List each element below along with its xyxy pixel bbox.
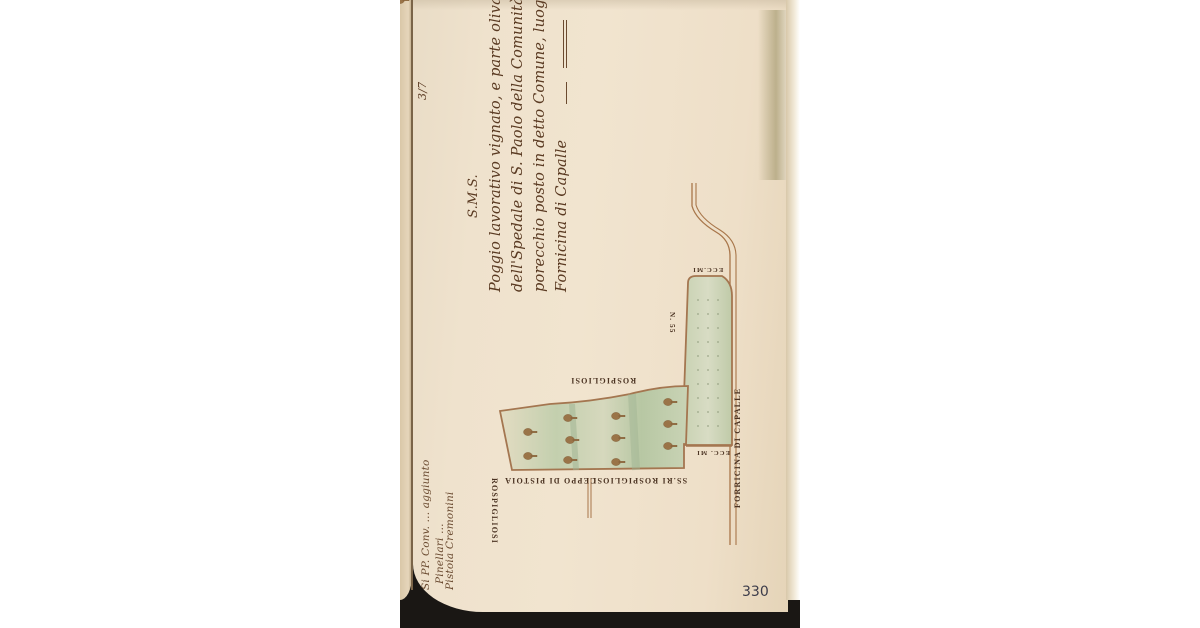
label-ecc-mi-top-text: ECC.MI <box>692 266 723 273</box>
label-top-rospigliosi-text: ROSPIGLIOSI <box>570 376 636 385</box>
label-ceppo-di-pistoia: CEPPO DI PISTOIA <box>504 476 596 485</box>
label-ssri-rospigliosi: SS.RI ROSPIGLIOSI <box>592 476 687 485</box>
label-left-rospigliosi: ROSPIGLIOSI <box>490 478 499 544</box>
label-left-rospigliosi-text: ROSPIGLIOSI <box>490 478 499 544</box>
plot-vineyard-strip <box>684 276 732 445</box>
label-n55-text: N. 55 <box>668 312 676 334</box>
label-ceppo-text: CEPPO DI PISTOIA <box>504 476 596 485</box>
label-ecc-mi-top: ECC.MI <box>692 266 723 273</box>
page-number: 330 <box>742 584 769 600</box>
estate-map <box>400 0 800 628</box>
label-forricina-text: FORRICINA DI CAPALLE <box>733 388 742 508</box>
label-top-rospigliosi: ROSPIGLIOSI <box>570 376 636 385</box>
label-n55: N. 55 <box>668 312 676 334</box>
label-ecc-mi-notch-text: ECC. MI <box>696 449 730 456</box>
manuscript-scan: 3/7 S.M.S. Poggio lavorativo vignato, e … <box>400 0 800 628</box>
label-ecc-mi-notch: ECC. MI <box>696 449 730 456</box>
label-forricina-di-capalle: FORRICINA DI CAPALLE <box>733 388 742 508</box>
label-ssri-rospigliosi-text: SS.RI ROSPIGLIOSI <box>592 476 687 485</box>
